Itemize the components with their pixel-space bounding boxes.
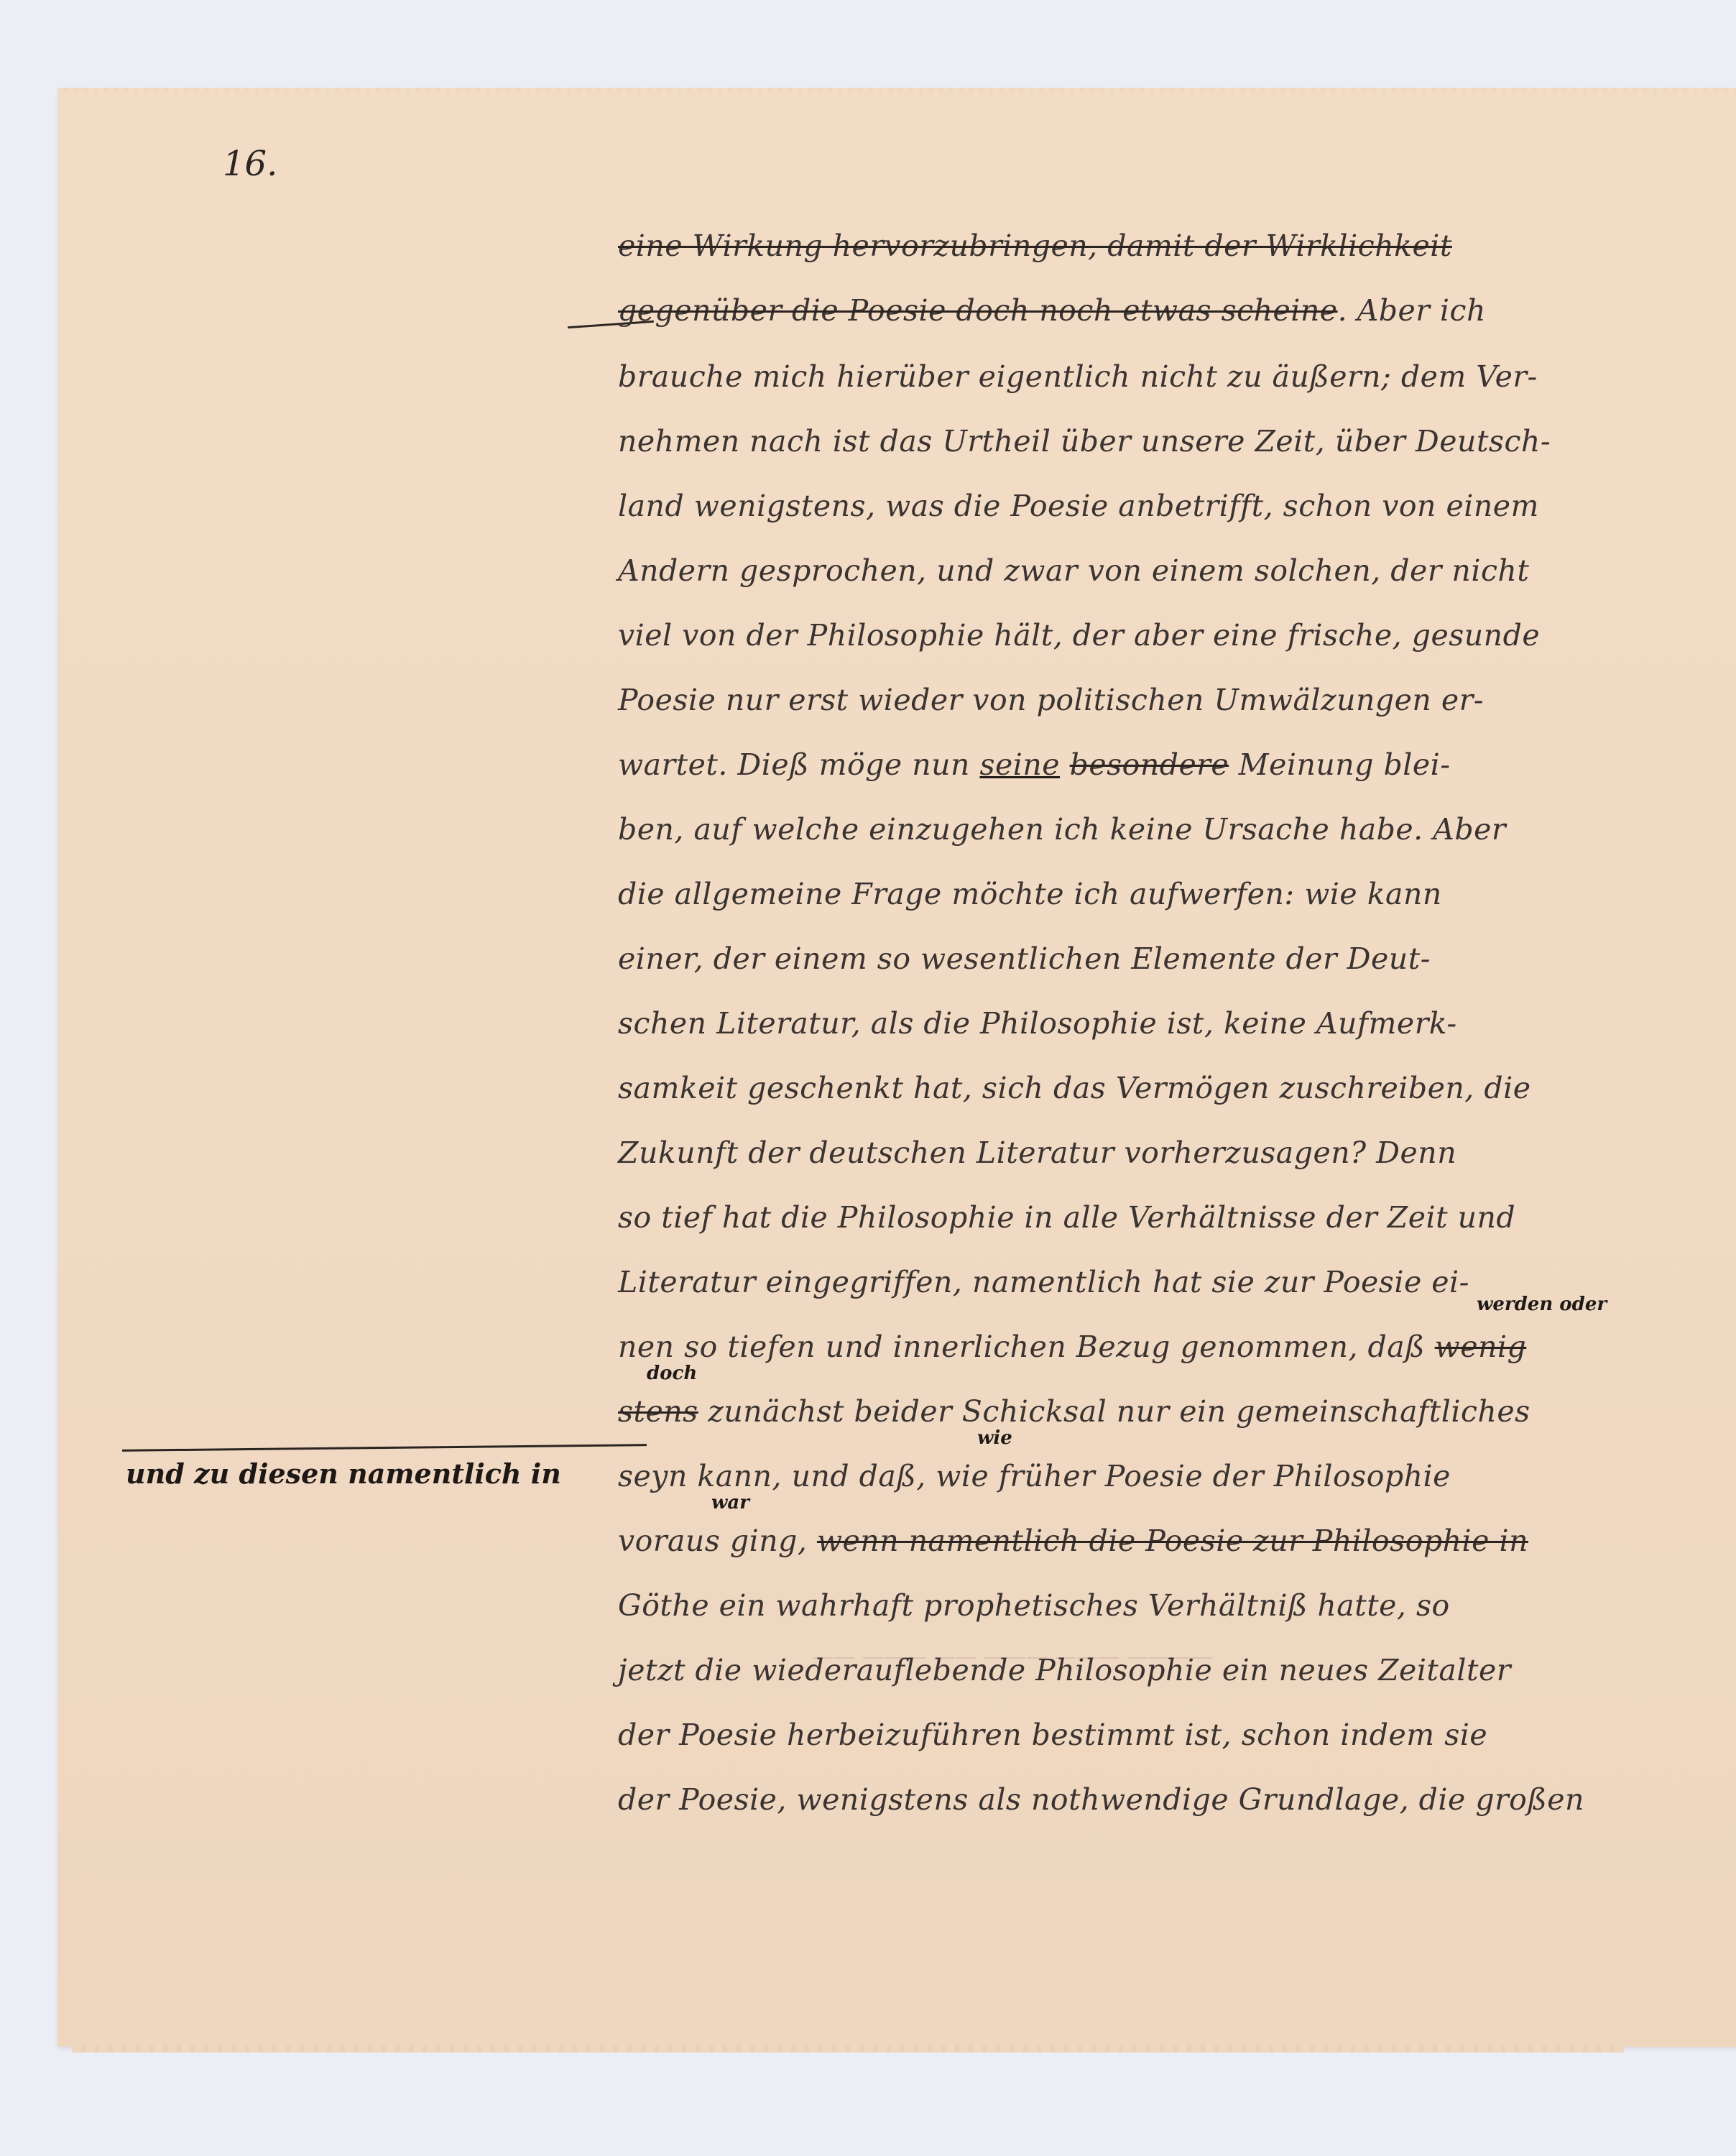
text-line-6: Andern gesprochen, und zwar von einem so… bbox=[618, 553, 1529, 588]
text-line-3: brauche mich hierüber eigentlich nicht z… bbox=[618, 359, 1538, 394]
text-line-5: land wenigstens, was die Poesie anbetrif… bbox=[618, 489, 1539, 523]
text-line-18: nen so tiefen und innerlichen Bezug geno… bbox=[618, 1330, 1526, 1364]
struck-word: besondere bbox=[1070, 747, 1229, 782]
interlinear-insertion: war bbox=[711, 1492, 749, 1514]
text-line-9: wartet. Dieß möge nun seine besondere Me… bbox=[618, 747, 1451, 782]
interlinear-insertion: doch bbox=[647, 1363, 697, 1384]
struck-passage: gegenüber die Poesie doch noch etwas sch… bbox=[618, 293, 1338, 328]
text-line-1: eine Wirkung hervorzubringen, damit der … bbox=[618, 229, 1452, 263]
deckled-bottom-edge bbox=[72, 2045, 1624, 2053]
margin-note: und zu diesen namentlich in bbox=[126, 1457, 561, 1490]
folio-number: 16. bbox=[223, 144, 277, 184]
text-line-13: schen Literatur, als die Philosophie ist… bbox=[618, 1006, 1457, 1041]
manuscript-page: 16. —— ——— —— ——— ——— ———— eine Wirkung … bbox=[57, 92, 1736, 2047]
interlinear-insertion: werden oder bbox=[1477, 1294, 1607, 1315]
text-line-12: einer, der einem so wesentlichen Element… bbox=[618, 941, 1431, 976]
text-line-14: samkeit geschenkt hat, sich das Vermögen… bbox=[618, 1071, 1530, 1105]
struck-word: wenig bbox=[1435, 1330, 1527, 1364]
text-line-11: die allgemeine Frage möchte ich aufwerfe… bbox=[618, 877, 1442, 911]
margin-note-bracket bbox=[122, 1444, 647, 1452]
text-line-21: voraus ging, wenn namentlich die Poesie … bbox=[618, 1524, 1528, 1558]
text-line-24: der Poesie herbeizuführen bestimmt ist, … bbox=[618, 1718, 1487, 1752]
text-line-22: Göthe ein wahrhaft prophetisches Verhält… bbox=[618, 1588, 1450, 1623]
text-line-16: so tief hat die Philosophie in alle Verh… bbox=[618, 1200, 1515, 1235]
text-line-2: gegenüber die Poesie doch noch etwas sch… bbox=[618, 293, 1486, 328]
text-line-17: Literatur eingegriffen, namentlich hat s… bbox=[618, 1265, 1469, 1299]
struck-word: stens bbox=[618, 1394, 698, 1429]
text-line-15: Zukunft der deutschen Literatur vorherzu… bbox=[618, 1135, 1456, 1170]
text-line-20: seyn kann, und daß, wie früher Poesie de… bbox=[618, 1459, 1451, 1493]
text-line-7: viel von der Philosophie hält, der aber … bbox=[618, 618, 1540, 653]
text-line-4: nehmen nach ist das Urtheil über unsere … bbox=[618, 424, 1551, 459]
text-line-19: stens zunächst beider Schicksal nur ein … bbox=[618, 1394, 1530, 1429]
text-line-10: ben, auf welche einzugehen ich keine Urs… bbox=[618, 812, 1506, 847]
struck-passage: wenn namentlich die Poesie zur Philosoph… bbox=[817, 1524, 1528, 1558]
main-text-block: eine Wirkung hervorzubringen, damit der … bbox=[618, 92, 1667, 1745]
text-line-23: jetzt die wiederauflebende Philosophie e… bbox=[618, 1653, 1511, 1687]
interlinear-insertion: wie bbox=[977, 1427, 1012, 1449]
text-line-8: Poesie nur erst wieder von politischen U… bbox=[618, 683, 1484, 717]
underlined-word: seine bbox=[979, 747, 1060, 782]
text-line-25: der Poesie, wenigstens als nothwendige G… bbox=[618, 1782, 1584, 1817]
